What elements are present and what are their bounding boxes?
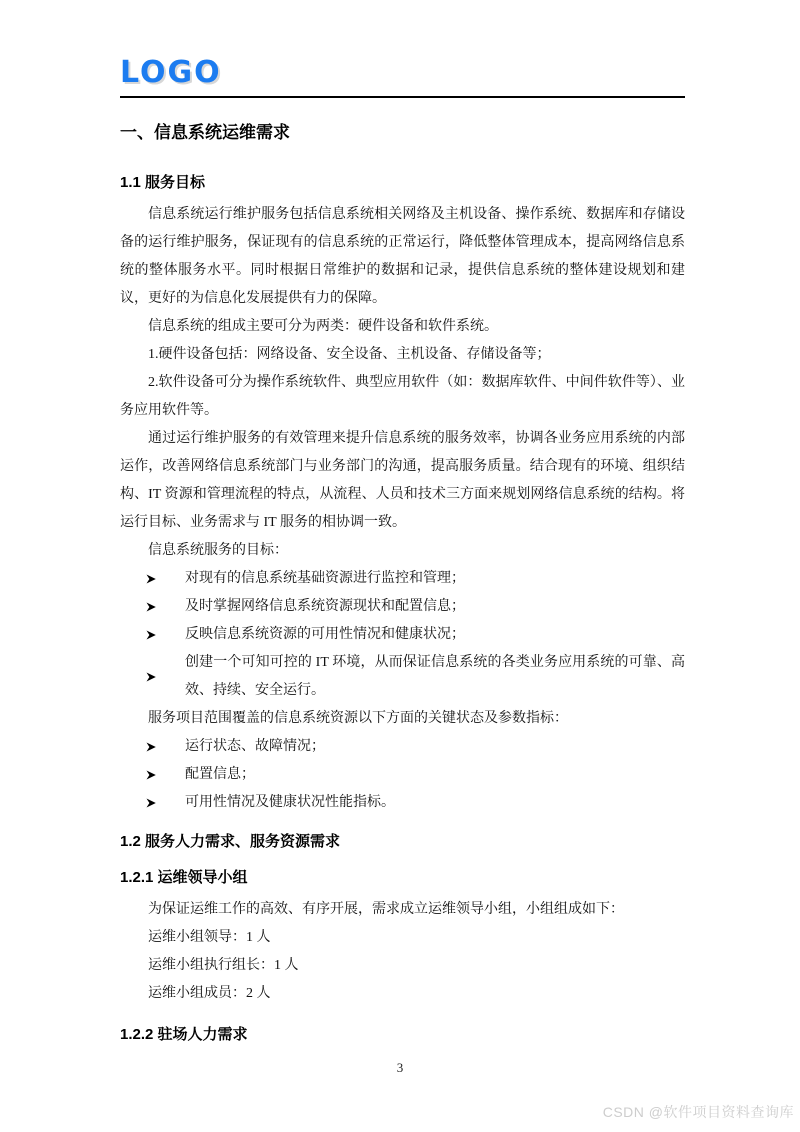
list-item-text: 配置信息； [185, 761, 685, 789]
watermark: CSDN @软件项目资料查询库 [603, 1102, 794, 1122]
staff-line: 运维小组领导：1 人 [120, 924, 685, 952]
list-item: 对现有的信息系统基础资源进行监控和管理； [120, 565, 685, 593]
page-title: 一、信息系统运维需求 [120, 122, 685, 144]
arrow-bullet-icon [145, 733, 185, 761]
section-heading-1-1: 1.1 服务目标 [120, 171, 685, 192]
section-1-2-1-body: 为保证运维工作的高效、有序开展，需求成立运维领导小组，小组组成如下： 运维小组领… [120, 896, 685, 1008]
list-item: 及时掌握网络信息系统资源现状和配置信息； [120, 593, 685, 621]
header-rule [120, 96, 685, 98]
arrow-bullet-icon [145, 789, 185, 817]
list-item: 配置信息； [120, 761, 685, 789]
section-heading-1-2-2: 1.2.2 驻场人力需求 [120, 1023, 685, 1044]
staff-line: 运维小组成员：2 人 [120, 980, 685, 1008]
paragraph: 2.软件设备可分为操作系统软件、典型应用软件（如：数据库软件、中间件软件等）、业… [120, 369, 685, 425]
list-item: 运行状态、故障情况； [120, 733, 685, 761]
list-item-text: 及时掌握网络信息系统资源现状和配置信息； [185, 593, 685, 621]
logo-text: LOGO [120, 56, 222, 91]
arrow-bullet-icon [145, 621, 185, 649]
header: LOGO [120, 0, 685, 98]
paragraph: 信息系统的组成主要可分为两类：硬件设备和软件系统。 [120, 313, 685, 341]
arrow-bullet-icon [145, 649, 185, 705]
list-item-text: 可用性情况及健康状况性能指标。 [185, 789, 685, 817]
arrow-bullet-icon [145, 761, 185, 789]
paragraph: 1.硬件设备包括：网络设备、安全设备、主机设备、存储设备等； [120, 341, 685, 369]
paragraph: 信息系统服务的目标： [120, 537, 685, 565]
arrow-bullet-icon [145, 565, 185, 593]
section-heading-1-2-1: 1.2.1 运维领导小组 [120, 866, 685, 887]
list-item: 反映信息系统资源的可用性情况和健康状况； [120, 621, 685, 649]
list-item-text: 运行状态、故障情况； [185, 733, 685, 761]
list-item-text: 反映信息系统资源的可用性情况和健康状况； [185, 621, 685, 649]
list-item-text: 对现有的信息系统基础资源进行监控和管理； [185, 565, 685, 593]
paragraph: 通过运行维护服务的有效管理来提升信息系统的服务效率，协调各业务应用系统的内部运作… [120, 425, 685, 537]
paragraph: 服务项目范围覆盖的信息系统资源以下方面的关键状态及参数指标： [120, 705, 685, 733]
staff-line: 运维小组执行组长：1 人 [120, 952, 685, 980]
section-1-1-body: 信息系统运行维护服务包括信息系统相关网络及主机设备、操作系统、数据库和存储设备的… [120, 201, 685, 817]
paragraph: 信息系统运行维护服务包括信息系统相关网络及主机设备、操作系统、数据库和存储设备的… [120, 201, 685, 313]
document-page: LOGO 一、信息系统运维需求 1.1 服务目标 信息系统运行维护服务包括信息系… [0, 0, 800, 1132]
section-heading-1-2: 1.2 服务人力需求、服务资源需求 [120, 830, 685, 851]
list-item: 可用性情况及健康状况性能指标。 [120, 789, 685, 817]
paragraph: 为保证运维工作的高效、有序开展，需求成立运维领导小组，小组组成如下： [120, 896, 685, 924]
arrow-bullet-icon [145, 593, 185, 621]
list-item-text: 创建一个可知可控的 IT 环境，从而保证信息系统的各类业务应用系统的可靠、高效、… [185, 649, 685, 705]
page-number: 3 [0, 1060, 800, 1076]
list-item: 创建一个可知可控的 IT 环境，从而保证信息系统的各类业务应用系统的可靠、高效、… [120, 649, 685, 705]
